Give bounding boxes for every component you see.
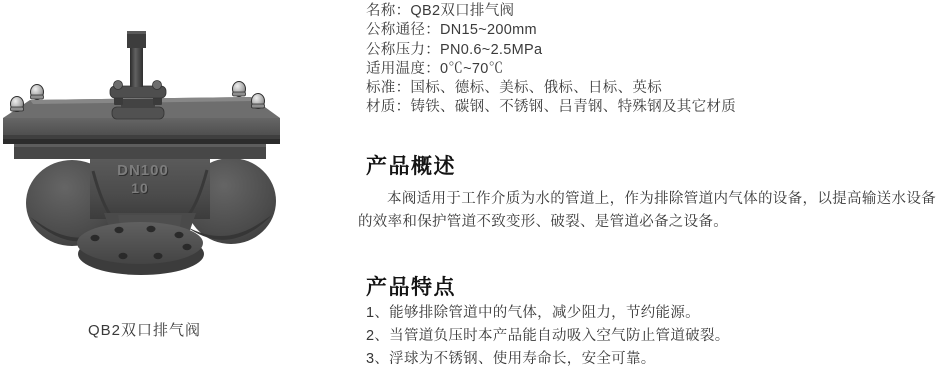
spec-line-standards: 标准：国标、德标、美标、俄标、日标、英标 — [366, 79, 736, 98]
acorn-nut — [31, 85, 44, 100]
acorn-nut — [11, 97, 24, 112]
cast-marking-pn: 10 — [131, 180, 149, 196]
valve-illustration: DN100 DN100 10 10 — [0, 25, 310, 320]
specs-list: 名称：QB2双口排气阀 公称通径：DN15~200mm 公称压力：PN0.6~2… — [366, 2, 736, 118]
acorn-nut — [233, 82, 246, 97]
overview-paragraph: 本阀适用于工作介质为水的管道上，作为排除管道内气体的设备，以提高输送水设备的效率… — [358, 188, 936, 234]
spec-line-nominal-diameter: 公称通径：DN15~200mm — [366, 21, 736, 40]
spec-line-temperature: 适用温度：0℃~70℃ — [366, 60, 736, 79]
feature-item: 3、浮球为不锈钢、使用寿命长，安全可靠。 — [366, 348, 730, 369]
spec-line-nominal-pressure: 公称压力：PN0.6~2.5MPa — [366, 41, 736, 60]
product-caption: QB2双口排气阀 — [88, 319, 201, 340]
feature-item: 1、能够排除管道中的气体，减少阻力，节约能源。 — [366, 302, 730, 325]
valve-cover-gasket — [3, 139, 280, 159]
cast-marking-dn: DN100 — [117, 162, 169, 179]
features-list: 1、能够排除管道中的气体，减少阻力，节约能源。 2、当管道负压时本产品能自动吸入… — [366, 302, 730, 369]
feature-item: 2、当管道负压时本产品能自动吸入空气防止管道破裂。 — [366, 325, 730, 348]
product-datasheet: DN100 DN100 10 10 — [0, 0, 940, 369]
overview-heading: 产品概述 — [366, 150, 456, 180]
spec-line-materials: 材质：铸铁、碳钢、不锈钢、吕青钢、特殊钢及其它材质 — [366, 98, 736, 117]
spec-line-name: 名称：QB2双口排气阀 — [366, 2, 736, 21]
features-heading: 产品特点 — [366, 271, 456, 301]
acorn-nut — [252, 94, 265, 109]
product-photo: DN100 DN100 10 10 — [0, 25, 310, 320]
